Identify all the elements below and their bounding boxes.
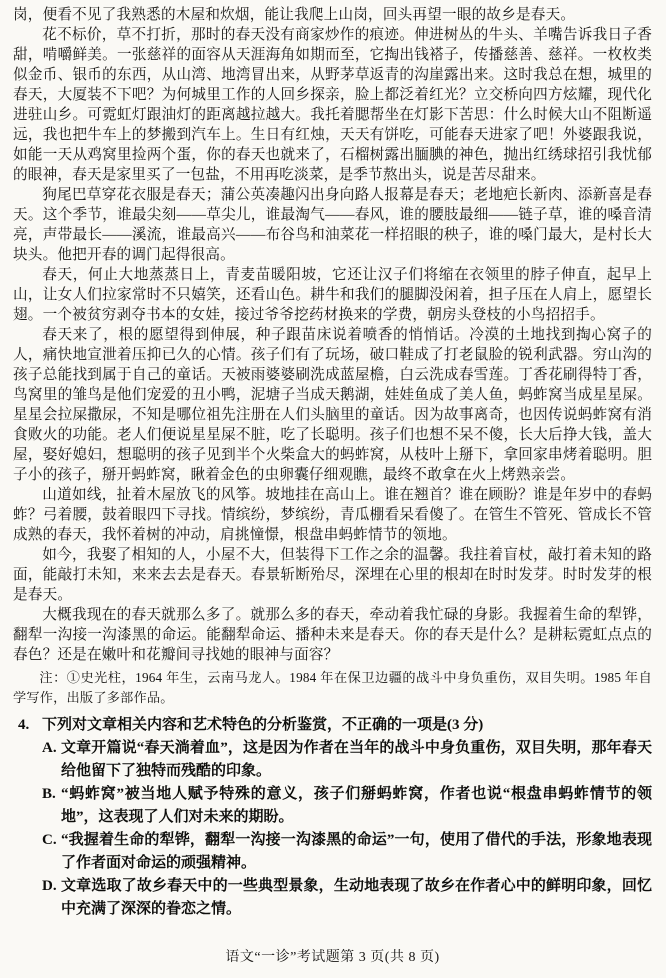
passage-paragraph: 岗，便看不见了我熟悉的木屋和炊烟，能让我爬上山岗，回头再望一眼的故乡是春天。	[13, 5, 652, 25]
question-number: 4.	[13, 714, 42, 737]
question-options: A. 文章开篇说“春天淌着血”，这是因为作者在当年的战斗中身负重伤，双目失明，那…	[13, 737, 652, 921]
passage-paragraph: 如今，我娶了相知的人，小屋不大，但装得下工作之余的温馨。我拄着盲杖，敲打着未知的…	[13, 545, 652, 605]
option-a-label: A.	[42, 737, 61, 760]
passage-paragraph: 狗尾巴草穿花衣服是春天；蒲公英凑趣闪出身向路人报幕是春天；老地疤长新肉、添新喜是…	[13, 185, 652, 265]
passage-paragraph: 山道如线，扯着木屋放飞的风筝。坡地挂在高山上。谁在翘首？谁在顾盼？谁是年岁中的春…	[13, 485, 652, 545]
passage-paragraph: 春天，何止大地蒸蒸日上，青麦苗暖阳坡，它还让汉子们将缩在衣领里的脖子伸直，起早上…	[13, 265, 652, 325]
question-stem-row: 4. 下列对文章相关内容和艺术特色的分析鉴赏，不正确的一项是(3 分)	[13, 714, 652, 737]
question-4: 4. 下列对文章相关内容和艺术特色的分析鉴赏，不正确的一项是(3 分) A. 文…	[13, 714, 652, 921]
page-footer: 语文“一诊”考试题第 3 页(共 8 页)	[13, 948, 652, 968]
author-note: 注：①史光柱，1964 年生，云南马龙人。1984 年在保卫边疆的战斗中身负重伤…	[13, 668, 652, 707]
option-c-label: C.	[42, 829, 61, 852]
question-stem: 下列对文章相关内容和艺术特色的分析鉴赏，不正确的一项是(3 分)	[42, 714, 652, 737]
option-d-text: 文章选取了故乡春天中的一些典型景象，生动地表现了故乡在作者心中的鲜明印象，回忆中…	[61, 875, 652, 921]
passage-paragraph: 大概我现在的春天就那么多了。就那么多的春天，牵动着我忙碌的身影。我握着生命的犁铧…	[13, 605, 652, 665]
exam-page: 岗，便看不见了我熟悉的木屋和炊烟，能让我爬上山岗，回头再望一眼的故乡是春天。 花…	[0, 0, 666, 978]
page-footer-text: 语文“一诊”考试题第 3 页(共 8 页)	[225, 950, 439, 965]
option-d-label: D.	[42, 875, 61, 898]
option-c-text: “我握着生命的犁铧，翻犁一沟接一沟漆黑的命运”一句，使用了借代的手法，形象地表现…	[61, 829, 652, 875]
passage-paragraph: 春天来了，根的愿望得到伸展，种子跟苗床说着喷香的悄悄话。冷漠的土地找到掏心窝子的…	[13, 325, 652, 485]
option-b-label: B.	[42, 783, 61, 806]
option-a: A. 文章开篇说“春天淌着血”，这是因为作者在当年的战斗中身负重伤，双目失明，那…	[42, 737, 652, 783]
passage-paragraph: 花不标价，草不打折，那时的春天没有商家炒作的痕迹。伸进树丛的牛头、羊嘴告诉我日子…	[13, 25, 652, 185]
option-d: D. 文章选取了故乡春天中的一些典型景象，生动地表现了故乡在作者心中的鲜明印象，…	[42, 875, 652, 921]
reading-passage: 岗，便看不见了我熟悉的木屋和炊烟，能让我爬上山岗，回头再望一眼的故乡是春天。 花…	[13, 5, 652, 665]
option-b: B. “蚂蚱窝”被当地人赋予特殊的意义，孩子们掰蚂蚱窝，作者也说“根盘串蚂蚱情节…	[42, 783, 652, 829]
option-a-text: 文章开篇说“春天淌着血”，这是因为作者在当年的战斗中身负重伤，双目失明，那年春天…	[61, 737, 652, 783]
option-b-text: “蚂蚱窝”被当地人赋予特殊的意义，孩子们掰蚂蚱窝，作者也说“根盘串蚂蚱情节的领地…	[61, 783, 652, 829]
option-c: C. “我握着生命的犁铧，翻犁一沟接一沟漆黑的命运”一句，使用了借代的手法，形象…	[42, 829, 652, 875]
